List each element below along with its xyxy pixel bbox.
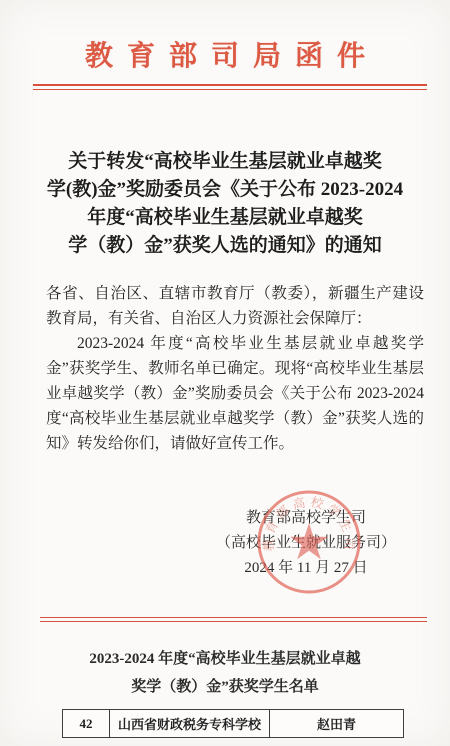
roster-cell-school: 山西省财政税务专科学校 (109, 710, 269, 737)
attachment-separator-rule (40, 617, 427, 622)
attachment-title: 2023-2024 年度“高校毕业生基层就业卓越 奖学（教）金”获奖学生名单 (20, 645, 430, 701)
body-text: 各省、自治区、直辖市教育厅（教委），新疆生产建设兵团 教育局，有关省、自治区人力… (46, 281, 424, 456)
document-title-line: 关于转发“高校毕业生基层就业卓越奖 (10, 148, 440, 176)
attachment-title-line: 2023-2024 年度“高校毕业生基层就业卓越 (20, 645, 430, 673)
body-line: 度“高校毕业生基层就业卓越奖学（教）金”获奖人选的通 (46, 406, 424, 431)
signature-date: 2024 年 11 月 27 日 (206, 556, 406, 581)
roster-table: 42 山西省财政税务专科学校 赵田青 (62, 709, 404, 738)
body-line: 业卓越奖学（教）金”奖励委员会《关于公布 2023-2024 年 (46, 381, 424, 406)
document-title-line: 学(教)金”奖励委员会《关于公布 2023-2024 (10, 176, 440, 204)
body-line: 各省、自治区、直辖市教育厅（教委），新疆生产建设兵团 (46, 281, 424, 306)
document-title: 关于转发“高校毕业生基层就业卓越奖 学(教)金”奖励委员会《关于公布 2023-… (10, 148, 440, 260)
letterhead-title: 教育部司局函件 (0, 34, 450, 74)
body-line: 知》转发给你们，请做好宣传工作。 (46, 431, 424, 456)
document-title-line: 年度“高校毕业生基层就业卓越奖 (10, 204, 440, 232)
roster-cell-number: 42 (63, 710, 109, 737)
letterhead-rule (33, 84, 427, 90)
signature-block: 教育部高校学生司 （高校毕业生就业服务司） 2024 年 11 月 27 日 (206, 506, 406, 581)
body-line: 教育局，有关省、自治区人力资源社会保障厅： (46, 306, 424, 331)
body-line: 金”获奖学生、教师名单已确定。现将“高校毕业生基层就 (46, 356, 424, 381)
body-line: 2023-2024 年度“高校毕业生基层就业卓越奖学（教） (46, 331, 424, 356)
signature-org-alt: （高校毕业生就业服务司） (206, 531, 406, 556)
document-title-line: 学（教）金”获奖人选的通知》的通知 (10, 232, 440, 260)
attachment-title-line: 奖学（教）金”获奖学生名单 (20, 673, 430, 701)
document-page: 教育部司局函件 关于转发“高校毕业生基层就业卓越奖 学(教)金”奖励委员会《关于… (0, 0, 450, 746)
roster-cell-name: 赵田青 (269, 710, 403, 737)
signature-org: 教育部高校学生司 (206, 506, 406, 531)
